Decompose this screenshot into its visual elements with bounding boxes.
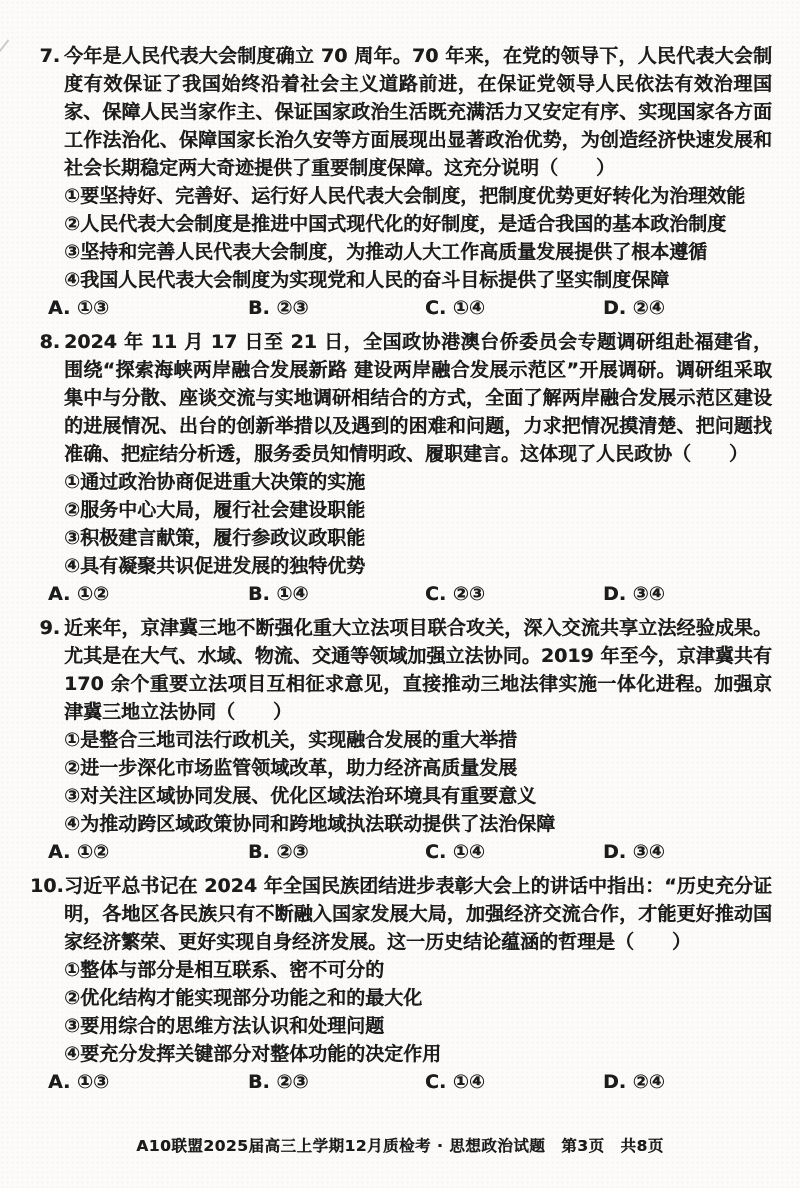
page-footer: A10联盟2025届高三上学期12月质检考 · 思想政治试题 第3页 共8页 bbox=[0, 1132, 800, 1160]
question-option-4: ④要充分发挥关键部分对整体功能的决定作用 bbox=[64, 1040, 772, 1068]
choice-row: A. ①② B. ①④ C. ②③ D. ③④ bbox=[48, 580, 772, 608]
choice-b: B. ②③ bbox=[248, 1068, 425, 1096]
exam-page: 7. 今年是人民代表大会制度确立 70 周年。70 年来，在党的领导下，人民代表… bbox=[0, 0, 800, 1188]
question-9: 9. 近来年，京津冀三地不断强化重大立法项目联合攻关，深入交流共享立法经验成果。… bbox=[30, 614, 772, 866]
choice-c: C. ①④ bbox=[425, 294, 603, 322]
choice-b: B. ②③ bbox=[248, 838, 425, 866]
choice-row: A. ①② B. ②③ C. ①④ D. ③④ bbox=[48, 838, 772, 866]
question-option-2: ②优化结构才能实现部分功能之和的最大化 bbox=[64, 984, 772, 1012]
question-option-4: ④具有凝聚共识促进发展的独特优势 bbox=[64, 552, 772, 580]
choice-b: B. ②③ bbox=[248, 294, 425, 322]
choice-c: C. ①④ bbox=[425, 838, 603, 866]
choice-row: A. ①③ B. ②③ C. ①④ D. ②④ bbox=[48, 294, 772, 322]
question-8: 8. 2024 年 11 月 17 日至 21 日，全国政协港澳台侨委员会专题调… bbox=[30, 328, 772, 608]
choice-a: A. ①③ bbox=[48, 1068, 248, 1096]
question-number: 7. bbox=[30, 42, 60, 70]
choice-row: A. ①③ B. ②③ C. ①④ D. ②④ bbox=[48, 1068, 772, 1096]
question-option-1: ①通过政治协商促进重大决策的实施 bbox=[64, 468, 772, 496]
choice-b: B. ①④ bbox=[248, 580, 425, 608]
choice-c: C. ①④ bbox=[425, 1068, 603, 1096]
question-option-4: ④为推动跨区域政策协同和跨地域执法联动提供了法治保障 bbox=[64, 810, 772, 838]
question-number: 9. bbox=[30, 614, 60, 642]
choice-a: A. ①② bbox=[48, 838, 248, 866]
question-option-1: ①整体与部分是相互联系、密不可分的 bbox=[64, 956, 772, 984]
choice-a: A. ①③ bbox=[48, 294, 248, 322]
question-option-3: ③对关注区域协同发展、优化区域法治环境具有重要意义 bbox=[64, 782, 772, 810]
choice-d: D. ②④ bbox=[603, 294, 772, 322]
choice-c: C. ②③ bbox=[425, 580, 603, 608]
question-7: 7. 今年是人民代表大会制度确立 70 周年。70 年来，在党的领导下，人民代表… bbox=[30, 42, 772, 322]
choice-d: D. ③④ bbox=[603, 580, 772, 608]
question-option-4: ④我国人民代表大会制度为实现党和人民的奋斗目标提供了坚实制度保障 bbox=[64, 266, 772, 294]
question-stem: 2024 年 11 月 17 日至 21 日，全国政协港澳台侨委员会专题调研组赴… bbox=[64, 328, 772, 468]
question-option-1: ①要坚持好、完善好、运行好人民代表大会制度，把制度优势更好转化为治理效能 bbox=[64, 182, 772, 210]
question-number: 8. bbox=[30, 328, 60, 356]
scan-artifact bbox=[0, 39, 9, 54]
question-option-1: ①是整合三地司法行政机关，实现融合发展的重大举措 bbox=[64, 726, 772, 754]
choice-d: D. ③④ bbox=[603, 838, 772, 866]
question-option-2: ②服务中心大局，履行社会建设职能 bbox=[64, 496, 772, 524]
question-stem: 习近平总书记在 2024 年全国民族团结进步表彰大会上的讲话中指出：“历史充分证… bbox=[64, 872, 772, 956]
choice-d: D. ②④ bbox=[603, 1068, 772, 1096]
question-option-3: ③要用综合的思维方法认识和处理问题 bbox=[64, 1012, 772, 1040]
question-option-3: ③积极建言献策，履行参政议政职能 bbox=[64, 524, 772, 552]
question-stem: 近来年，京津冀三地不断强化重大立法项目联合攻关，深入交流共享立法经验成果。尤其是… bbox=[64, 614, 772, 726]
question-number: 10. bbox=[30, 872, 60, 900]
question-option-3: ③坚持和完善人民代表大会制度，为推动人大工作高质量发展提供了根本遵循 bbox=[64, 238, 772, 266]
choice-a: A. ①② bbox=[48, 580, 248, 608]
question-option-2: ②进一步深化市场监管领域改革，助力经济高质量发展 bbox=[64, 754, 772, 782]
question-option-2: ②人民代表大会制度是推进中国式现代化的好制度，是适合我国的基本政治制度 bbox=[64, 210, 772, 238]
question-10: 10. 习近平总书记在 2024 年全国民族团结进步表彰大会上的讲话中指出：“历… bbox=[30, 872, 772, 1096]
question-stem: 今年是人民代表大会制度确立 70 周年。70 年来，在党的领导下，人民代表大会制… bbox=[64, 42, 772, 182]
